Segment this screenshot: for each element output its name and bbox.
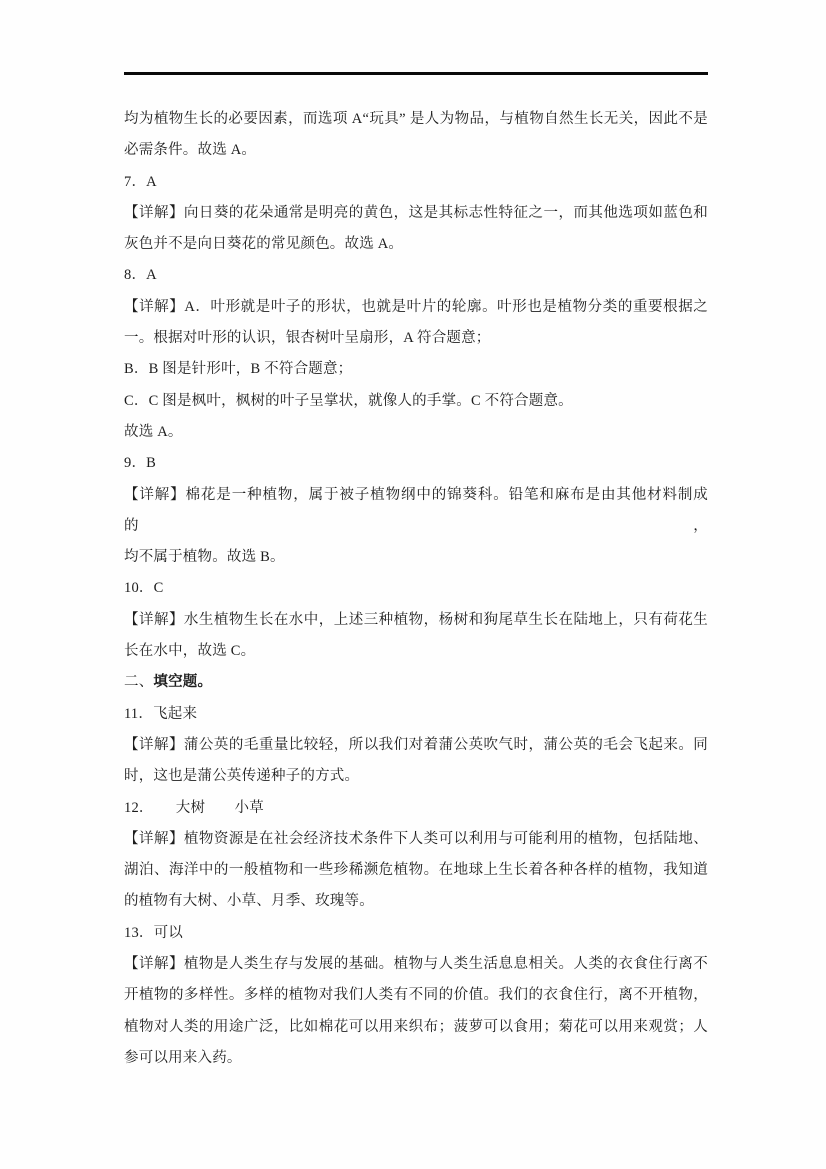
explanation-12-line-1: 【详解】植物资源是在社会经济技术条件下人类可以利用与可能利用的植物，包括陆地、	[124, 824, 708, 855]
explanation-9-line-1: 【详解】棉花是一种植物，属于被子植物纲中的锦葵科。铅笔和麻布是由其他材料制成的，	[124, 480, 708, 543]
explanation-12-line-2: 湖泊、海洋中的一般植物和一些珍稀濒危植物。在地球上生长着各种各样的植物，我知道	[124, 855, 708, 886]
answer-11: 11．飞起来	[124, 699, 708, 730]
explanation-11-line-2: 时，这也是蒲公英传递种子的方式。	[124, 761, 708, 792]
answer-7: 7．A	[124, 167, 708, 198]
explanation-11-line-1: 【详解】蒲公英的毛重量比较轻，所以我们对着蒲公英吹气时，蒲公英的毛会飞起来。同	[124, 730, 708, 761]
answer-8: 8．A	[124, 260, 708, 291]
explanation-13-line-4: 参可以用来入药。	[124, 1043, 708, 1074]
explanation-8-line-5: 故选 A。	[124, 417, 708, 448]
explanation-6-cont-1: 均为植物生长的必要因素，而选项 A“玩具” 是人为物品，与植物自然生长无关，因此…	[124, 104, 708, 135]
explanation-8-line-2: 一。根据对叶形的认识，银杏树叶呈扇形，A 符合题意；	[124, 323, 708, 354]
explanation-13-line-1: 【详解】植物是人类生存与发展的基础。植物与人类生活息息相关。人类的衣食住行离不	[124, 949, 708, 980]
answer-9: 9．B	[124, 448, 708, 479]
header-divider-rule	[124, 72, 708, 75]
explanation-10-line-2: 长在水中，故选 C。	[124, 636, 708, 667]
explanation-8-line-3: B．B 图是针形叶，B 不符合题意；	[124, 354, 708, 385]
explanation-8-line-4: C．C 图是枫叶，枫树的叶子呈掌状，就像人的手掌。C 不符合题意。	[124, 386, 708, 417]
explanation-7-line-1: 【详解】向日葵的花朵通常是明亮的黄色，这是其标志性特征之一，而其他选项如蓝色和	[124, 198, 708, 229]
explanation-10-line-1: 【详解】水生植物生长在水中，上述三种植物，杨树和狗尾草生长在陆地上，只有荷花生	[124, 605, 708, 636]
explanation-7-line-2: 灰色并不是向日葵花的常见颜色。故选 A。	[124, 229, 708, 260]
answer-key-text-block: 均为植物生长的必要因素，而选项 A“玩具” 是人为物品，与植物自然生长无关，因此…	[124, 104, 708, 1074]
explanation-8-line-1: 【详解】A．叶形就是叶子的形状，也就是叶片的轮廓。叶形也是植物分类的重要根据之	[124, 292, 708, 323]
section-heading-fill-in-blanks: 二、填空题。	[124, 667, 708, 698]
answer-12: 12． 大树 小草	[124, 793, 708, 824]
explanation-9-line-2: 均不属于植物。故选 B。	[124, 542, 708, 573]
section-heading-number: 二、	[124, 674, 153, 690]
explanation-13-line-2: 开植物的多样性。多样的植物对我们人类有不同的价值。我们的衣食住行，离不开植物，	[124, 980, 708, 1011]
document-page: 均为植物生长的必要因素，而选项 A“玩具” 是人为物品，与植物自然生长无关，因此…	[0, 0, 826, 1169]
explanation-12-line-3: 的植物有大树、小草、月季、玫瑰等。	[124, 886, 708, 917]
answer-13: 13．可以	[124, 918, 708, 949]
explanation-6-cont-2: 必需条件。故选 A。	[124, 135, 708, 166]
answer-10: 10．C	[124, 573, 708, 604]
section-heading-title: 填空题。	[153, 674, 212, 690]
explanation-13-line-3: 植物对人类的用途广泛，比如棉花可以用来织布；菠萝可以食用；菊花可以用来观赏；人	[124, 1012, 708, 1043]
